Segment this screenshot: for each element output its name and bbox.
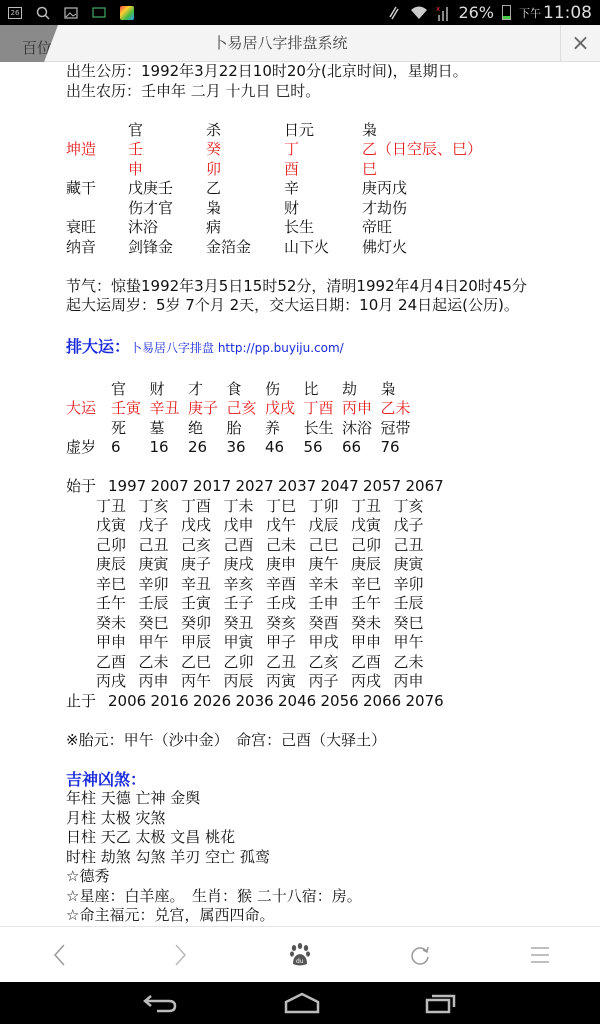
liunian-cell: 甲寅 — [224, 633, 267, 653]
shensha-line: 日柱 天乙 太极 文昌 桃花 — [66, 828, 600, 848]
dayun-states-row: 死 墓 绝 胎 养 长生 沐浴 冠带 — [66, 419, 600, 439]
strength-row: 衰旺 沐浴 病 长生 帝旺 — [66, 218, 600, 238]
liunian-cell: 甲申 — [351, 633, 394, 653]
liunian-row: 己卯己丑己亥己酉己未己巳己卯己丑 — [66, 536, 600, 556]
ten-gods-row: 官 杀 日元 枭 — [66, 121, 600, 141]
liunian-cell: 己巳 — [309, 536, 352, 556]
liunian-cell: 壬辰 — [394, 594, 437, 614]
liunian-cell: 戊辰 — [309, 516, 352, 536]
liunian-cell: 壬戌 — [266, 594, 309, 614]
liunian-cell: 庚辰 — [96, 555, 139, 575]
dayun-table: 官 财 才 食 伤 比 劫 枭 大运 壬寅 辛丑 庚子 己亥 戊戌 丁酉 丙申 … — [66, 380, 600, 458]
liunian-cell: 戊子 — [139, 516, 182, 536]
liunian-cell: 己酉 — [224, 536, 267, 556]
liunian-cell: 庚戌 — [224, 555, 267, 575]
shensha-line: 年柱 天德 亡神 金舆 — [66, 789, 600, 809]
liunian-cell: 辛丑 — [181, 575, 224, 595]
liunian-cell: 甲午 — [139, 633, 182, 653]
browser-title-bar: 百位 卜易居八字排盘系统 × — [0, 25, 600, 62]
message-icon — [92, 6, 106, 20]
gallery-icon — [64, 6, 78, 20]
liunian-cell: 丙午 — [181, 672, 224, 692]
liunian-cell: 丁卯 — [309, 497, 352, 517]
stems-row: 坤造 壬 癸 丁 乙（日空辰、巳） — [66, 140, 600, 160]
liunian-cell: 壬寅 — [181, 594, 224, 614]
clock: 11:08 — [543, 3, 592, 23]
liunian-cell: 辛酉 — [266, 575, 309, 595]
liunian-cell: 庚子 — [181, 555, 224, 575]
menu-button[interactable] — [480, 946, 600, 964]
liunian-cell: 辛卯 — [139, 575, 182, 595]
birth-solar: 出生公历：1992年3月22日10时20分(北京时间)，星期日。 — [66, 62, 600, 82]
shensha-heading: 吉神凶煞： — [66, 770, 600, 790]
liunian-cell: 己卯 — [351, 536, 394, 556]
solar-terms: 节气：惊蛰1992年3月5日15时52分，清明1992年4月4日20时45分 — [66, 277, 600, 297]
liunian-cell: 辛亥 — [224, 575, 267, 595]
liunian-cell: 癸巳 — [139, 614, 182, 634]
liunian-cell: 戊戌 — [181, 516, 224, 536]
calendar-icon: 26 — [8, 7, 22, 19]
liunian-cell: 庚申 — [266, 555, 309, 575]
liunian-cell: 乙酉 — [351, 653, 394, 673]
branches-row: 申 卯 酉 巳 — [66, 160, 600, 180]
mute-icon — [386, 5, 402, 21]
svg-text:du: du — [296, 958, 304, 965]
liunian-cell: 丙申 — [394, 672, 437, 692]
liunian-cell: 己亥 — [181, 536, 224, 556]
liunian-cell: 甲戌 — [309, 633, 352, 653]
liunian-cell: 壬午 — [96, 594, 139, 614]
recents-icon[interactable] — [425, 992, 457, 1014]
buyiju-link[interactable]: 卜易居八字排盘 http://pp.buyiju.com/ — [130, 341, 344, 355]
refresh-button[interactable] — [360, 944, 480, 966]
liunian-cell: 壬辰 — [139, 594, 182, 614]
liunian-cell: 丙戌 — [351, 672, 394, 692]
shensha-line: ☆星座：白羊座。 生肖：猴 二十八宿：房。 — [66, 887, 600, 907]
liunian-cell: 丙辰 — [224, 672, 267, 692]
liunian-cell: 丁丑 — [351, 497, 394, 517]
liunian-cell: 丁巳 — [266, 497, 309, 517]
liunian-cell: 丙戌 — [96, 672, 139, 692]
liunian-cell: 庚寅 — [139, 555, 182, 575]
liunian-cell: 壬申 — [309, 594, 352, 614]
liunian-cell: 辛巳 — [96, 575, 139, 595]
liunian-row: 丁丑丁亥丁酉丁未丁巳丁卯丁丑丁亥 — [66, 497, 600, 517]
dayun-pillars-row: 大运 壬寅 辛丑 庚子 己亥 戊戌 丁酉 丙申 乙未 — [66, 399, 600, 419]
start-years-row: 始于 1997 2007 2017 2027 2037 2047 2057 20… — [66, 477, 600, 497]
baidu-paw-icon: du — [289, 943, 311, 967]
liunian-cell: 癸亥 — [266, 614, 309, 634]
bazi-chart: 官 杀 日元 枭 坤造 壬 癸 丁 乙（日空辰、巳） 申 卯 酉 巳 藏干 戊庚… — [66, 121, 600, 258]
liunian-cell: 乙丑 — [266, 653, 309, 673]
shensha-line: 月柱 太极 灾煞 — [66, 809, 600, 829]
liunian-cell: 己丑 — [139, 536, 182, 556]
liunian-cell: 戊寅 — [96, 516, 139, 536]
liunian-cell: 丁未 — [224, 497, 267, 517]
liunian-cell: 乙巳 — [181, 653, 224, 673]
liunian-cell: 丁亥 — [394, 497, 437, 517]
liunian-cell: 戊申 — [224, 516, 267, 536]
search-icon — [36, 6, 50, 20]
liunian-cell: 辛巳 — [351, 575, 394, 595]
time-prefix: 下午 — [519, 5, 541, 21]
dayun-heading: 排大运： — [66, 337, 130, 356]
shensha-line: 时柱 劫煞 勾煞 羊刃 空亡 孤鸾 — [66, 848, 600, 868]
liunian-cell: 己丑 — [394, 536, 437, 556]
liunian-cell: 戊寅 — [351, 516, 394, 536]
browser-toolbar: du — [0, 926, 600, 982]
forward-button[interactable] — [120, 943, 240, 967]
svg-text:x: x — [436, 5, 440, 13]
liunian-cell: 己卯 — [96, 536, 139, 556]
status-bar: 26 x 26% 下午11:08 — [0, 0, 600, 25]
back-button[interactable] — [0, 943, 120, 967]
page-content: 出生公历：1992年3月22日10时20分(北京时间)，星期日。 出生农历：壬申… — [66, 62, 600, 924]
liunian-cell: 庚辰 — [351, 555, 394, 575]
page-title: 卜易居八字排盘系统 — [0, 25, 560, 62]
taiyuan-minggong: ※胎元：甲午（沙中金） 命宫：己酉（大驿土） — [66, 731, 600, 751]
liunian-cell: 乙未 — [139, 653, 182, 673]
refresh-icon — [409, 944, 431, 966]
liunian-cell: 癸巳 — [394, 614, 437, 634]
liunian-cell: 辛卯 — [394, 575, 437, 595]
liunian-cell: 丁酉 — [181, 497, 224, 517]
signal-icon: x — [436, 5, 450, 21]
liunian-cell: 乙卯 — [224, 653, 267, 673]
liunian-cell: 戊午 — [266, 516, 309, 536]
liunian-cell: 丁亥 — [139, 497, 182, 517]
liunian-cell: 甲辰 — [181, 633, 224, 653]
liunian-cell: 戊子 — [394, 516, 437, 536]
liunian-row: 戊寅戊子戊戌戊申戊午戊辰戊寅戊子 — [66, 516, 600, 536]
liunian-cell: 丁丑 — [96, 497, 139, 517]
liunian-cell: 甲子 — [266, 633, 309, 653]
liunian-cell: 乙酉 — [96, 653, 139, 673]
liunian-cell: 壬子 — [224, 594, 267, 614]
system-nav-bar — [0, 982, 600, 1024]
liunian-row: 甲申甲午甲辰甲寅甲子甲戌甲申甲午 — [66, 633, 600, 653]
baidu-home-button[interactable]: du — [240, 943, 360, 967]
liunian-cell: 癸酉 — [309, 614, 352, 634]
back-icon[interactable] — [143, 993, 179, 1013]
liunian-row: 乙酉乙未乙巳乙卯乙丑乙亥乙酉乙未 — [66, 653, 600, 673]
chevron-right-icon — [172, 943, 188, 967]
dayun-heading-line: 排大运：卜易居八字排盘 http://pp.buyiju.com/ — [66, 335, 600, 360]
battery-percent: 26% — [458, 3, 494, 22]
liunian-row: 癸未癸巳癸卯癸丑癸亥癸酉癸未癸巳 — [66, 614, 600, 634]
liunian-cell: 癸未 — [96, 614, 139, 634]
liunian-cell: 丙寅 — [266, 672, 309, 692]
birth-lunar: 出生农历：壬申年 二月 十九日 巳时。 — [66, 82, 600, 102]
chevron-left-icon — [52, 943, 68, 967]
liunian-cell: 乙亥 — [309, 653, 352, 673]
liunian-row: 庚辰庚寅庚子庚戌庚申庚午庚辰庚寅 — [66, 555, 600, 575]
dayun-start: 起大运周岁：5岁 7个月 2天，交大运日期：10月 24日起运(公历)。 — [66, 296, 600, 316]
liunian-cell: 癸丑 — [224, 614, 267, 634]
shensha-list: 年柱 天德 亡神 金舆 月柱 太极 灾煞 日柱 天乙 太极 文昌 桃花 时柱 劫… — [66, 789, 600, 924]
shensha-line: ☆命主福元：兑宫，属西四命。 — [66, 906, 600, 924]
hidden-stems-row: 藏干 戊庚壬 乙 辛 庚丙戊 — [66, 179, 600, 199]
liunian-rows: 丁丑丁亥丁酉丁未丁巳丁卯丁丑丁亥戊寅戊子戊戌戊申戊午戊辰戊寅戊子己卯己丑己亥己酉… — [66, 497, 600, 692]
end-years-row: 止于 2006 2016 2026 2036 2046 2056 2066 20… — [66, 692, 600, 712]
menu-icon — [530, 946, 550, 964]
home-icon[interactable] — [284, 992, 320, 1014]
liunian-cell: 癸未 — [351, 614, 394, 634]
shensha-line: ☆德秀 — [66, 867, 600, 887]
liunian-cell: 庚午 — [309, 555, 352, 575]
liunian-cell: 壬午 — [351, 594, 394, 614]
liunian-row: 丙戌丙申丙午丙辰丙寅丙子丙戌丙申 — [66, 672, 600, 692]
hidden-gods-row: 伤才官 枭 财 才劫伤 — [66, 199, 600, 219]
liunian-cell: 己未 — [266, 536, 309, 556]
dayun-ages-row: 虚岁 6 16 26 36 46 56 66 76 — [66, 438, 600, 458]
liunian-row: 辛巳辛卯辛丑辛亥辛酉辛未辛巳辛卯 — [66, 575, 600, 595]
liunian-cell: 庚寅 — [394, 555, 437, 575]
close-button[interactable]: × — [560, 25, 600, 62]
liunian-row: 壬午壬辰壬寅壬子壬戌壬申壬午壬辰 — [66, 594, 600, 614]
liunian-table: 始于 1997 2007 2017 2027 2037 2047 2057 20… — [66, 477, 600, 711]
dayun-gods-row: 官 财 才 食 伤 比 劫 枭 — [66, 380, 600, 400]
liunian-cell: 丙子 — [309, 672, 352, 692]
liunian-cell: 丙申 — [139, 672, 182, 692]
close-icon: × — [571, 31, 589, 56]
photos-icon — [120, 6, 134, 20]
nayin-row: 纳音 剑锋金 金箔金 山下火 佛灯火 — [66, 238, 600, 258]
liunian-cell: 癸卯 — [181, 614, 224, 634]
liunian-cell: 辛未 — [309, 575, 352, 595]
liunian-cell: 乙未 — [394, 653, 437, 673]
wifi-icon — [410, 6, 428, 20]
battery-icon — [502, 5, 511, 20]
liunian-cell: 甲申 — [96, 633, 139, 653]
liunian-cell: 甲午 — [394, 633, 437, 653]
